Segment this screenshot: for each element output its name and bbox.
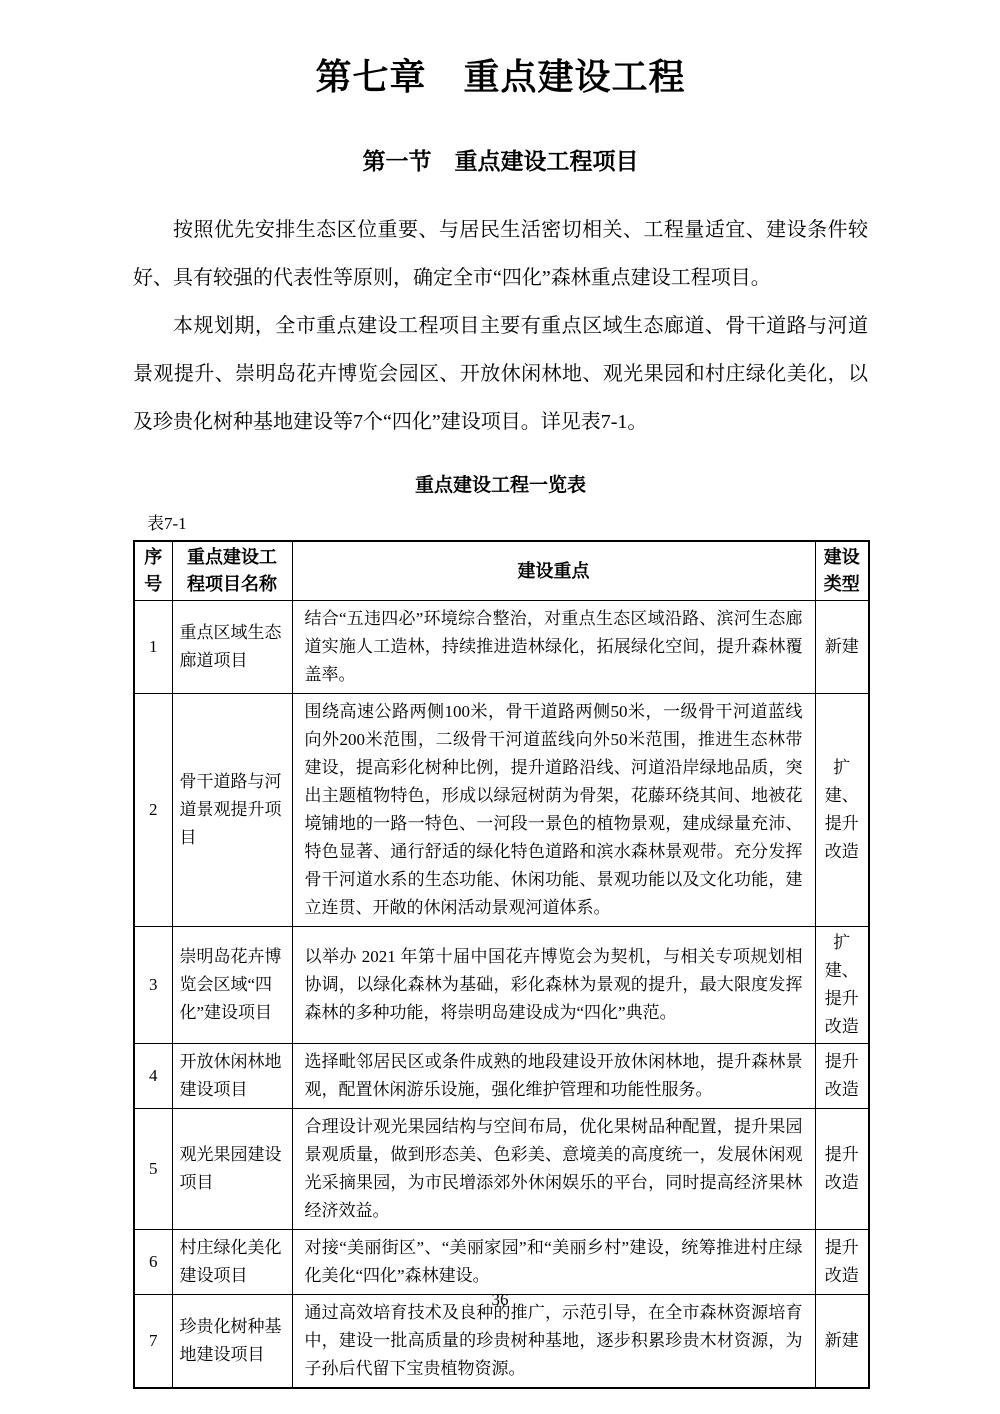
paragraph-1: 按照优先安排生态区位重要、与居民生活密切相关、工程量适宜、建设条件较好、具有较强… xyxy=(133,206,868,302)
document-page: 第七章 重点建设工程 第一节 重点建设工程项目 按照优先安排生态区位重要、与居民… xyxy=(0,0,1000,1414)
row-focus-cell: 以举办 2021 年第十届中国花卉博览会为契机，与相关专项规划相协调，以绿化森林… xyxy=(292,927,815,1044)
row-type-cell: 提升改造 xyxy=(815,1044,869,1109)
table-row: 6 村庄绿化美化建设项目 对接“美丽街区”、“美丽家园”和“美丽乡村”建设，统筹… xyxy=(134,1230,869,1295)
row-name-cell: 崇明岛花卉博览会区域“四化”建设项目 xyxy=(172,927,292,1044)
header-name: 重点建设工程项目名称 xyxy=(172,541,292,601)
row-no-cell: 1 xyxy=(134,601,172,694)
table-caption: 重点建设工程一览表 xyxy=(133,472,868,500)
row-name-cell: 重点区域生态廊道项目 xyxy=(172,601,292,694)
table-label: 表7-1 xyxy=(133,512,868,536)
row-type-cell: 新建 xyxy=(815,601,869,694)
row-focus-cell: 对接“美丽街区”、“美丽家园”和“美丽乡村”建设，统筹推进村庄绿化美化“四化”森… xyxy=(292,1230,815,1295)
row-no-cell: 5 xyxy=(134,1109,172,1230)
header-focus: 建设重点 xyxy=(292,541,815,601)
row-name-cell: 观光果园建设项目 xyxy=(172,1109,292,1230)
row-no-cell: 2 xyxy=(134,694,172,927)
row-focus-cell: 选择毗邻居民区或条件成熟的地段建设开放休闲林地，提升森林景观，配置休闲游乐设施，… xyxy=(292,1044,815,1109)
row-type-cell: 扩建、提升改造 xyxy=(815,927,869,1044)
table-header-row: 序号 重点建设工程项目名称 建设重点 建设类型 xyxy=(134,541,869,601)
row-no-cell: 6 xyxy=(134,1230,172,1295)
key-projects-table: 序号 重点建设工程项目名称 建设重点 建设类型 1 重点区域生态廊道项目 结合“… xyxy=(133,540,870,1389)
row-focus-cell: 围绕高速公路两侧100米，骨干道路两侧50米，一级骨干河道蓝线向外200米范围，… xyxy=(292,694,815,927)
row-type-cell: 提升改造 xyxy=(815,1230,869,1295)
row-type-cell: 扩建、提升改造 xyxy=(815,694,869,927)
table-row: 2 骨干道路与河道景观提升项目 围绕高速公路两侧100米，骨干道路两侧50米，一… xyxy=(134,694,869,927)
chapter-title: 第七章 重点建设工程 xyxy=(133,52,868,102)
row-name-cell: 骨干道路与河道景观提升项目 xyxy=(172,694,292,927)
page-number: 36 xyxy=(0,1290,1000,1310)
table-row: 4 开放休闲林地建设项目 选择毗邻居民区或条件成熟的地段建设开放休闲林地，提升森… xyxy=(134,1044,869,1109)
table-row: 3 崇明岛花卉博览会区域“四化”建设项目 以举办 2021 年第十届中国花卉博览… xyxy=(134,927,869,1044)
row-name-cell: 开放休闲林地建设项目 xyxy=(172,1044,292,1109)
row-name-cell: 村庄绿化美化建设项目 xyxy=(172,1230,292,1295)
header-no: 序号 xyxy=(134,541,172,601)
row-focus-cell: 合理设计观光果园结构与空间布局，优化果树品种配置，提升果园景观质量，做到形态美、… xyxy=(292,1109,815,1230)
row-no-cell: 3 xyxy=(134,927,172,1044)
row-no-cell: 4 xyxy=(134,1044,172,1109)
row-focus-cell: 结合“五违四必”环境综合整治，对重点生态区域沿路、滨河生态廊道实施人工造林，持续… xyxy=(292,601,815,694)
header-type: 建设类型 xyxy=(815,541,869,601)
row-type-cell: 提升改造 xyxy=(815,1109,869,1230)
section-title: 第一节 重点建设工程项目 xyxy=(133,146,868,178)
table-row: 1 重点区域生态廊道项目 结合“五违四必”环境综合整治，对重点生态区域沿路、滨河… xyxy=(134,601,869,694)
table-row: 5 观光果园建设项目 合理设计观光果园结构与空间布局，优化果树品种配置，提升果园… xyxy=(134,1109,869,1230)
paragraph-2: 本规划期，全市重点建设工程项目主要有重点区域生态廊道、骨干道路与河道景观提升、崇… xyxy=(133,302,868,446)
